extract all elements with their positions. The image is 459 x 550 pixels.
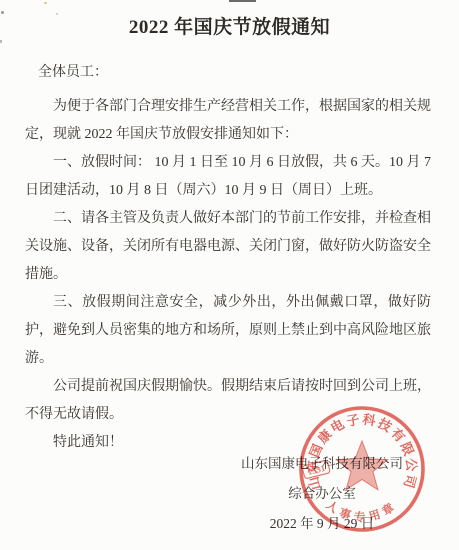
- notice-paragraph: 三、放假期间注意安全，减少外出，外出佩戴口罩，做好防护，避免到人员密集的地方和场…: [25, 289, 431, 373]
- signature-department: 综合办公室: [220, 479, 424, 509]
- signature-company: 山东国康电子科技有限公司: [220, 449, 424, 479]
- notice-paragraph: 二、请各主管及负责人做好本部门的节前工作安排，并检查相关设施、设备，关闭所有电器…: [25, 205, 431, 289]
- salutation: 全体员工：: [38, 59, 431, 87]
- notice-paragraph: 为便于各部门合理安排生产经营相关工作，根据国家的相关规定，现就 2022 年国庆…: [25, 93, 431, 149]
- signature-block: 山东国康电子科技有限公司 综合办公室 2022 年 9 月 29 日: [220, 449, 424, 539]
- notice-body: 全体员工： 为便于各部门合理安排生产经营相关工作，根据国家的相关规定，现就 20…: [0, 59, 456, 457]
- scanned-notice-document: 2022 年国庆节放假通知 全体员工： 为便于各部门合理安排生产经营相关工作，根…: [0, 0, 459, 550]
- signature-date: 2022 年 9 月 29 日: [220, 509, 424, 539]
- notice-title: 2022 年国庆节放假通知: [0, 0, 459, 39]
- scan-artifact: [0, 40, 2, 43]
- notice-paragraph: 一、放假时间： 10 月 1 日至 10 月 6 日放假，共 6 天。10 月 …: [25, 149, 431, 205]
- notice-paragraph: 公司提前祝国庆假期愉快。假期结束后请按时回到公司上班，不得无故请假。: [25, 373, 431, 429]
